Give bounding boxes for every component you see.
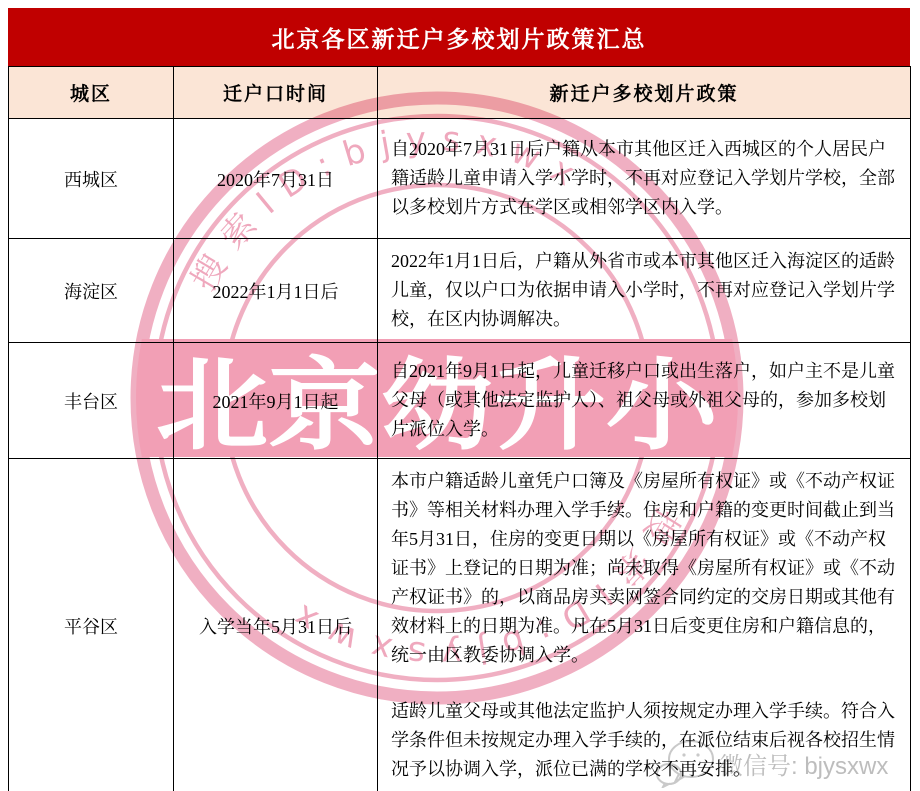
time-cell: 2021年9月1日起 (174, 343, 378, 459)
table-row-fengtai: 丰台区 2021年9月1日起 自2021年9月1日起，儿童迁移户口或出生落户，如… (9, 343, 911, 459)
policy-table: 城区 迁户口时间 新迁户多校划片政策 西城区 2020年7月31日 自2020年… (8, 66, 911, 791)
table-header-row: 城区 迁户口时间 新迁户多校划片政策 (9, 67, 911, 119)
time-cell: 2020年7月31日 (174, 119, 378, 239)
policy-cell: 自2020年7月31日后户籍从本市其他区迁入西城区的个人居民户籍适龄儿童申请入学… (378, 119, 911, 239)
header-move-time: 迁户口时间 (174, 67, 378, 119)
header-policy: 新迁户多校划片政策 (378, 67, 911, 119)
time-cell: 入学当年5月31日后 (174, 459, 378, 791)
policy-text: 自2021年9月1日起，儿童迁移户口或出生落户，如户主不是儿童父母（或其他法定监… (391, 357, 900, 444)
district-cell: 平谷区 (9, 459, 174, 791)
policy-text-paragraph-1: 本市户籍适龄儿童凭户口簿及《房屋所有权证》或《不动产权证书》等相关材料办理入学手… (391, 467, 900, 670)
district-cell: 西城区 (9, 119, 174, 239)
policy-text: 自2020年7月31日后户籍从本市其他区迁入西城区的个人居民户籍适龄儿童申请入学… (391, 135, 900, 222)
district-cell: 海淀区 (9, 239, 174, 343)
header-district: 城区 (9, 67, 174, 119)
policy-summary-page: 北京各区新迁户多校划片政策汇总 城区 迁户口时间 新迁户多校划片政策 西城区 2… (0, 0, 920, 791)
page-title: 北京各区新迁户多校划片政策汇总 (8, 8, 910, 66)
table-row-haidian: 海淀区 2022年1月1日后 2022年1月1日后，户籍从外省市或本市其他区迁入… (9, 239, 911, 343)
time-cell: 2022年1月1日后 (174, 239, 378, 343)
table-row-xicheng: 西城区 2020年7月31日 自2020年7月31日后户籍从本市其他区迁入西城区… (9, 119, 911, 239)
policy-cell: 本市户籍适龄儿童凭户口簿及《房屋所有权证》或《不动产权证书》等相关材料办理入学手… (378, 459, 911, 791)
table-row-pinggu: 平谷区 入学当年5月31日后 本市户籍适龄儿童凭户口簿及《房屋所有权证》或《不动… (9, 459, 911, 791)
district-cell: 丰台区 (9, 343, 174, 459)
policy-text-paragraph-2: 适龄儿童父母或其他法定监护人须按规定办理入学手续。符合入学条件但未按规定办理入学… (391, 697, 900, 784)
policy-cell: 自2021年9月1日起，儿童迁移户口或出生落户，如户主不是儿童父母（或其他法定监… (378, 343, 911, 459)
policy-cell: 2022年1月1日后，户籍从外省市或本市其他区迁入海淀区的适龄儿童，仅以户口为依… (378, 239, 911, 343)
policy-text: 2022年1月1日后，户籍从外省市或本市其他区迁入海淀区的适龄儿童，仅以户口为依… (391, 247, 900, 334)
